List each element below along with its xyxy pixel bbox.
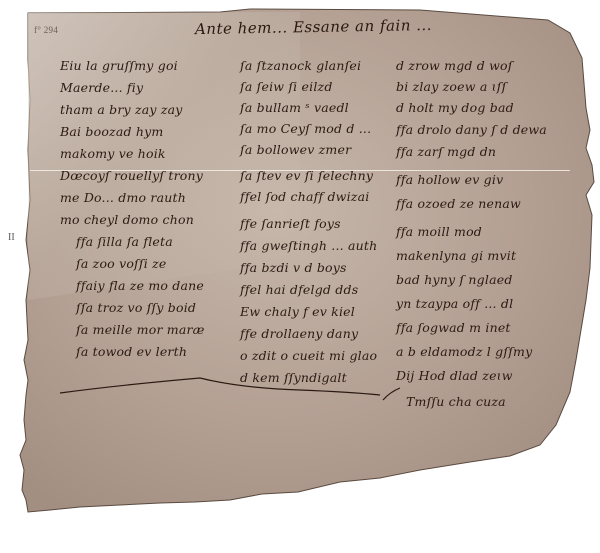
text-line: ffa gweſtingh ... auth bbox=[240, 238, 377, 253]
text-line: ſa bullam ˢ vaedl bbox=[240, 100, 349, 115]
text-line: Eiu la gruſſmy goi bbox=[60, 58, 178, 73]
text-line: ffa ozoed ze nenaw bbox=[396, 196, 521, 211]
text-line: ffa drolo dany ſ d dewa bbox=[396, 122, 547, 137]
text-line: bi zlay zoew a ɩſſ bbox=[396, 79, 506, 94]
text-line: makenlyna gi mvit bbox=[396, 248, 516, 263]
text-line: mo cheyl domo chon bbox=[60, 212, 194, 227]
text-line: Dœcoyſ rouellyſ trony bbox=[60, 168, 203, 183]
text-line: me Do... dmo rauth bbox=[60, 190, 186, 205]
text-line: a b eldamodz l gſſmy bbox=[396, 344, 532, 359]
text-line: ſa ſtev ev ſi ſelechny bbox=[240, 168, 373, 183]
text-line: Bai boozad hym bbox=[60, 124, 163, 139]
text-line: ffa bzdi v d boys bbox=[240, 260, 347, 275]
folio-label: f° 294 bbox=[34, 25, 58, 35]
text-line: ſa bollowev zmer bbox=[240, 142, 351, 157]
text-line: ffa moill mod bbox=[396, 224, 482, 239]
text-line: ſa mo Ceyſ mod d ... bbox=[240, 121, 371, 136]
text-line: d zrow mgd d woſ bbox=[396, 58, 513, 73]
text-line: tham a bry zay zay bbox=[60, 102, 183, 117]
text-line: ffaiy fla ze mo dane bbox=[76, 278, 204, 293]
text-line: ffa zarſ mgd dn bbox=[396, 144, 496, 159]
text-line: Ew chaly f ev kiel bbox=[240, 304, 355, 319]
text-line: d holt my dog bad bbox=[396, 100, 514, 115]
text-line: yn tzaypa off ... dl bbox=[396, 296, 513, 311]
text-line: Dij Hod dlad zeɩw bbox=[396, 368, 513, 383]
text-line: bad hyny ſ nglaed bbox=[396, 272, 513, 287]
text-line: makomy ve hoik bbox=[60, 146, 166, 161]
manuscript-photo: f° 294 II Ante hem... Essane an fain ...… bbox=[0, 0, 600, 553]
text-line: Tmſſu cha cuza bbox=[406, 394, 506, 409]
text-line: ffel hai dfelgd dds bbox=[240, 282, 358, 297]
text-line: o zdit o cueit mi glao bbox=[240, 348, 377, 363]
text-line: ffe drollaeny dany bbox=[240, 326, 358, 341]
text-line: ffel ſod chaff dwizai bbox=[240, 189, 369, 204]
text-line: ſa ſeiw ſi eilzd bbox=[240, 79, 333, 94]
text-line: ffa hollow ev giv bbox=[396, 172, 503, 187]
text-line: ſa ſtzanock glanſei bbox=[240, 58, 361, 73]
text-line: ſa zoo voſſi ze bbox=[76, 256, 166, 271]
text-line: ffa ſogwad m inet bbox=[396, 320, 511, 335]
text-line: ſa towod ev lerth bbox=[76, 344, 187, 359]
text-line: Maerde... fiy bbox=[60, 80, 143, 95]
margin-number: II bbox=[8, 232, 15, 243]
text-line: ffe ſanrieſt foys bbox=[240, 216, 341, 231]
text-line: d kem ſſyndigalt bbox=[240, 370, 347, 385]
text-line: ſſa troz vo ſſy boid bbox=[76, 300, 196, 315]
text-line: ffa ſilla ſa fleta bbox=[76, 234, 173, 249]
text-line: ſa meille mor maræ bbox=[76, 322, 205, 337]
